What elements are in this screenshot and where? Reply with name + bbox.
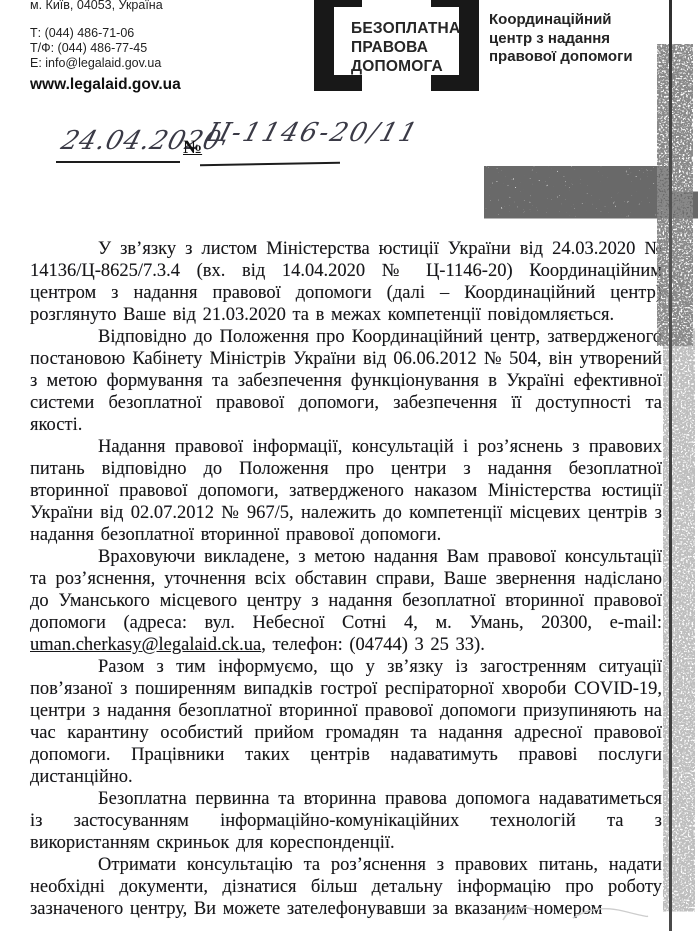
scan-edge-line	[669, 0, 672, 931]
letter-body: У зв’язку з листом Міністерства юстиції …	[30, 238, 662, 920]
sender-website-link[interactable]: www.legalaid.gov.ua	[30, 76, 181, 94]
scanned-letter-page: м. Київ, 04053, Україна Т: (044) 486-71-…	[0, 0, 700, 931]
paragraph-4: Враховуючи викладене, з метою надання Ва…	[30, 546, 662, 656]
sender-phone: Т: (044) 486-71-06	[30, 26, 163, 41]
scan-noise-strip	[652, 0, 696, 931]
logo-line3: ДОПОМОГА	[351, 57, 460, 76]
org-line1: Координаційний	[489, 11, 633, 30]
paragraph-4-text-before: Враховуючи викладене, з метою надання Ва…	[30, 547, 662, 633]
faint-pencil-mark	[495, 896, 655, 928]
sender-email[interactable]: E: info@legalaid.gov.ua	[30, 56, 163, 71]
paragraph-1: У зв’язку з листом Міністерства юстиції …	[30, 238, 662, 326]
paragraph-4-text-after: , телефон: (04744) 3 25 33).	[261, 635, 485, 655]
email-link[interactable]: uman.cherkasy@legalaid.ck.ua	[30, 635, 261, 655]
org-line3: правової допомоги	[489, 48, 633, 67]
paragraph-6: Безоплатна первинна та вторинна правова …	[30, 788, 662, 854]
legal-aid-logo: БЕЗОПЛАТНА ПРАВОВА ДОПОМОГА	[314, 0, 479, 91]
paragraph-3: Надання правової інформації, консультаці…	[30, 436, 662, 546]
logo-text: БЕЗОПЛАТНА ПРАВОВА ДОПОМОГА	[351, 19, 460, 76]
number-sign: №	[183, 137, 202, 159]
org-line2: центр з надання	[489, 30, 633, 49]
organization-name: Координаційний центр з надання правової …	[489, 11, 633, 67]
handwritten-outgoing-number: Ц-1146-20/11	[203, 118, 423, 148]
sender-contact-block: м. Київ, 04053, Україна Т: (044) 486-71-…	[30, 0, 163, 71]
logo-line2: ПРАВОВА	[351, 38, 460, 57]
paragraph-2: Відповідно до Положення про Координаційн…	[30, 326, 662, 436]
logo-line1: БЕЗОПЛАТНА	[351, 19, 460, 38]
sender-phone-fax: Т/Ф: (044) 486-77-45	[30, 41, 163, 56]
sender-address: м. Київ, 04053, Україна	[30, 0, 163, 13]
paragraph-5: Разом з тим інформуємо, що у зв’язку із …	[30, 656, 662, 788]
number-underline	[200, 162, 340, 166]
date-underline	[56, 161, 180, 163]
